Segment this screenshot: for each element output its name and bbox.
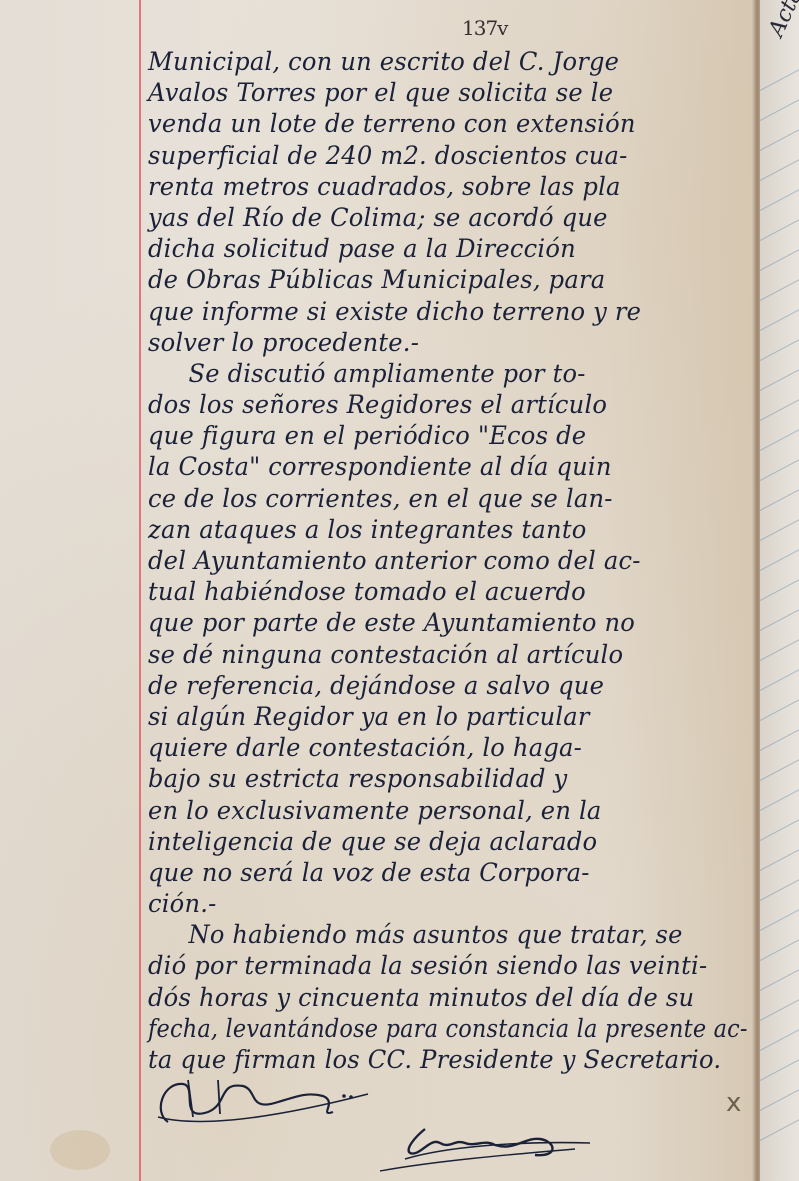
- text-line: bajo su estricta responsabilidad y: [148, 763, 748, 794]
- text-line: ce de los corrientes, en el que se lan-: [148, 483, 748, 514]
- text-line: si algún Regidor ya en lo particular: [148, 701, 748, 732]
- text-line: se dé ninguna contestación al artículo: [148, 639, 748, 670]
- text-line: tual habiéndose tomado el acuerdo: [148, 576, 748, 607]
- margin-x-mark: x: [726, 1088, 741, 1118]
- text-line: dió por terminada la sesión siendo las v…: [148, 950, 748, 981]
- text-line: ción.-: [148, 888, 748, 919]
- president-signature: [148, 1072, 398, 1132]
- text-line: que no será la voz de esta Corpora-: [148, 857, 748, 888]
- text-line: de Obras Públicas Municipales, para: [148, 264, 748, 295]
- text-line: dós horas y cincuenta minutos del día de…: [148, 982, 748, 1013]
- text-line: ta que firman los CC. Presidente y Secre…: [148, 1044, 748, 1075]
- text-line: Se discutió ampliamente por to-: [148, 358, 746, 389]
- ledger-page: 137v Municipal, con un escrito del C. Jo…: [0, 0, 758, 1181]
- paper-stain: [50, 1130, 110, 1170]
- text-line: en lo exclusivamente personal, en la: [148, 795, 748, 826]
- text-line: que informe si existe dicho terreno y re: [148, 296, 748, 327]
- text-line: venda un lote de terreno con extensión: [148, 108, 748, 139]
- handwritten-text-block: Municipal, con un escrito del C. JorgeAv…: [148, 46, 758, 1075]
- text-line: que figura en el periódico "Ecos de: [148, 420, 748, 451]
- text-line: dicha solicitud pase a la Dirección: [148, 233, 748, 264]
- text-line: Municipal, con un escrito del C. Jorge: [148, 46, 748, 77]
- text-line: quiere darle contestación, lo haga-: [148, 732, 748, 763]
- text-line: inteligencia de que se deja aclarado: [148, 826, 748, 857]
- adjacent-page-edge: [760, 0, 799, 1181]
- text-line: dos los señores Regidores el artículo: [148, 389, 748, 420]
- text-line: Avalos Torres por el que solicita se le: [148, 77, 748, 108]
- text-line: yas del Río de Colima; se acordó que: [148, 202, 748, 233]
- red-margin-line: [139, 0, 141, 1181]
- text-line: renta metros cuadrados, sobre las pla: [148, 171, 748, 202]
- text-line: que por parte de este Ayuntamiento no: [148, 607, 748, 638]
- text-line: superficial de 240 m2. doscientos cua-: [148, 140, 748, 171]
- text-line: fecha, levantándose para constancia la p…: [148, 1013, 705, 1044]
- text-line: solver lo procedente.-: [148, 327, 748, 358]
- folio-number: 137v: [462, 16, 507, 40]
- text-line: la Costa" correspondiente al día quin: [148, 451, 748, 482]
- text-line: del Ayuntamiento anterior como del ac-: [148, 545, 748, 576]
- text-line: No habiendo más asuntos que tratar, se: [148, 919, 746, 950]
- secretary-signature: [375, 1117, 605, 1175]
- text-line: zan ataques a los integrantes tanto: [148, 514, 748, 545]
- text-line: de referencia, dejándose a salvo que: [148, 670, 748, 701]
